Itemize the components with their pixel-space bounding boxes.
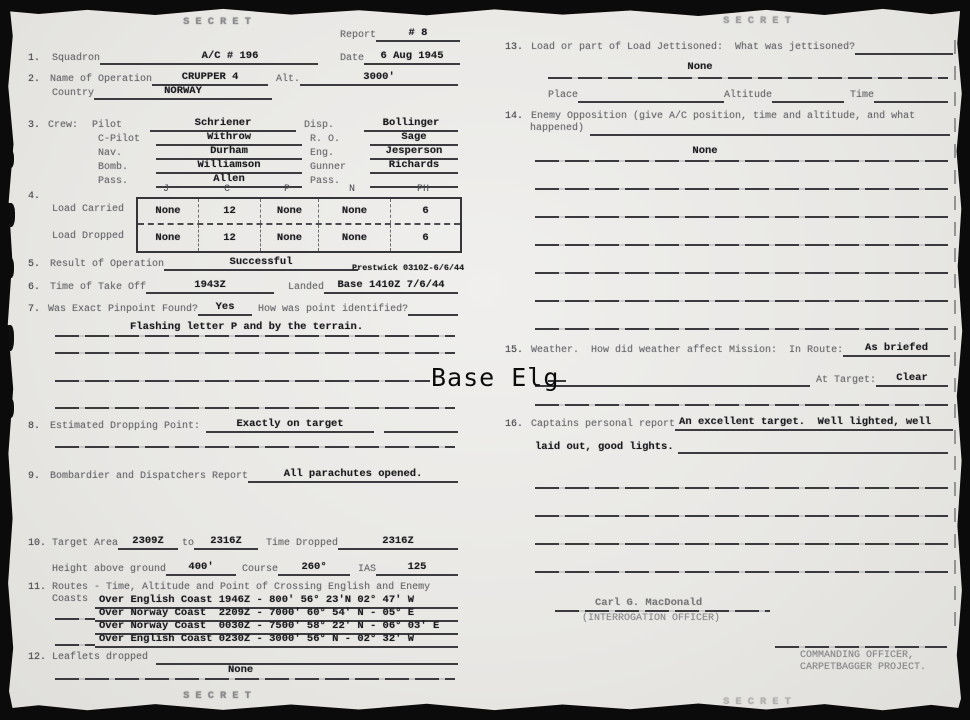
classification-bottom-left: SECRET [150, 690, 290, 703]
result-field: 5. Result of Operation Successful [28, 256, 358, 271]
classification-text: SECRET [723, 15, 797, 28]
height-label: Height above ground [52, 564, 166, 577]
item-number: 8. [28, 421, 40, 434]
approval-rule [775, 646, 947, 648]
crew-name: Durham [156, 145, 302, 160]
load-carried-row: None 12 None None 6 [138, 199, 460, 225]
pinpoint-field: 7. Was Exact Pinpoint Found? Yes How was… [28, 301, 458, 316]
form-rule [535, 160, 948, 162]
altitude-label: Altitude [724, 90, 772, 103]
form-rule [55, 380, 430, 382]
enemy-opposition-field: 14. Enemy Opposition (give A/C position,… [505, 111, 953, 124]
target-from: 2309Z [118, 535, 178, 550]
form-rule [55, 644, 95, 646]
scanned-mission-report: SECRET Report # 8 1. Squadron A/C # 196 … [0, 0, 970, 720]
captains-report-label: Captains personal report [531, 419, 675, 432]
load-cell: 6 [390, 225, 460, 251]
at-target-label: At Target: [816, 375, 876, 388]
load-cell: None [260, 225, 318, 251]
crew-name: Bollinger [364, 117, 458, 132]
crew-name: Schriener [150, 117, 296, 132]
torn-edge-right [955, 0, 970, 720]
classification-text: SECRET [183, 16, 257, 29]
commanding-officer-line2: CARPETBAGGER PROJECT. [800, 662, 926, 675]
pinpoint-question: Was Exact Pinpoint Found? [48, 304, 198, 317]
form-rule [535, 571, 948, 573]
form-rule [535, 543, 948, 545]
load-cell: 12 [198, 225, 260, 251]
weather-label: Weather. How did weather affect Mission:… [531, 345, 843, 358]
base-elg-watermark: Base Elg [431, 363, 559, 392]
place-label: Place [548, 90, 578, 103]
route-line: Over English Coast 0230Z - 3000' 56° N -… [95, 633, 458, 648]
result-value: Successful [164, 256, 358, 271]
routes-label: Routes - Time, Altitude and Point of Cro… [52, 582, 430, 595]
classification-text: SECRET [183, 690, 257, 703]
time-dropped-label: Time Dropped [266, 538, 338, 551]
item-number: 13. [505, 42, 523, 55]
col-header: PH [388, 184, 458, 195]
col-header: P [258, 184, 316, 195]
weather-field: 15. Weather. How did weather affect Miss… [505, 342, 950, 357]
item-number: 1. [28, 53, 40, 66]
crew-name: Richards [370, 159, 458, 174]
load-cell: None [260, 199, 318, 223]
form-rule [535, 244, 948, 246]
crew-name: Williamson [156, 159, 302, 174]
leaflets-label: Leaflets dropped [52, 652, 148, 665]
item-number: 7. [28, 304, 40, 317]
operation-field: 2. Name of Operation CRUPPER 4 Alt. 3000… [28, 71, 458, 86]
target-to: 2316Z [194, 535, 258, 550]
country-value: NORWAY [94, 85, 272, 100]
result-label: Result of Operation [50, 259, 164, 272]
enemy-opposition-label2: happened) [530, 123, 950, 136]
captains-report-field: 16. Captains personal report An excellen… [505, 416, 953, 431]
torn-edge-top [0, 0, 970, 17]
item-number: 4. [28, 191, 40, 204]
item-number: 5. [28, 259, 40, 272]
load-cell: None [138, 199, 198, 223]
weather-at-target-field: At Target: Clear [535, 372, 948, 387]
col-header: J [136, 184, 196, 195]
item-number: 11. [28, 582, 46, 595]
dropping-point-label: Estimated Dropping Point: [50, 421, 200, 434]
form-rule [535, 404, 948, 406]
squadron-value: A/C # 196 [142, 50, 318, 65]
load-cell: None [318, 225, 390, 251]
load-dropped-row: None 12 None None 6 [138, 225, 460, 251]
load-table: None 12 None None 6 None 12 None None 6 [136, 197, 462, 253]
squadron-label: Squadron [52, 53, 100, 66]
item-number: 16. [505, 419, 523, 432]
course-label: Course [242, 564, 278, 577]
interrogation-officer-title: (INTERROGATION OFFICER) [582, 613, 720, 626]
item-number: 9. [28, 471, 40, 484]
country-field: Country NORWAY [52, 85, 272, 100]
takeoff-field: 6. Time of Take Off 1943Z Landed Base 14… [28, 279, 458, 294]
crew-name: Jesperson [370, 145, 458, 160]
form-rule [55, 446, 455, 448]
captains-report-value: An excellent target. Well lighted, well [675, 416, 953, 431]
time-label: Time [850, 90, 874, 103]
classification-top-left: SECRET [150, 16, 290, 29]
form-rule [55, 352, 455, 354]
signature-rule [555, 610, 770, 612]
takeoff-value: 1943Z [146, 279, 274, 294]
load-dropped-label: Load Dropped [52, 231, 124, 244]
item-number: 14. [505, 111, 523, 124]
time-dropped-value: 2316Z [338, 535, 458, 550]
form-rule [535, 487, 948, 489]
form-rule [535, 216, 948, 218]
col-header: C [196, 184, 258, 195]
altitude-value: 3000' [300, 71, 458, 86]
prestwick-note: Prestwick 0310Z-6/6/44 [352, 263, 464, 274]
form-rule [55, 407, 455, 409]
ias-label: IAS [358, 564, 376, 577]
country-label: Country [52, 88, 94, 101]
paper-sheet: SECRET Report # 8 1. Squadron A/C # 196 … [0, 0, 970, 720]
at-target-value: Clear [876, 372, 948, 387]
squadron-field: 1. Squadron A/C # 196 [28, 50, 318, 65]
leaflets-value: None [228, 664, 253, 677]
classification-top-right: SECRET [690, 15, 830, 28]
ias-value: 125 [376, 561, 458, 576]
altitude-label: Alt. [276, 74, 300, 87]
enemy-opposition-label: Enemy Opposition (give A/C position, tim… [531, 111, 915, 124]
pinpoint-answer: Yes [198, 301, 252, 316]
target-area-field: 10. Target Area 2309Z to 2316Z Time Drop… [28, 535, 458, 550]
item-number: 12. [28, 652, 46, 665]
load-cell: None [318, 199, 390, 223]
leaflets-field: 12. Leaflets dropped [28, 652, 458, 665]
form-rule [535, 328, 948, 330]
page-edge-line [954, 40, 956, 630]
load-cell: None [138, 225, 198, 251]
routes-field: 11. Routes - Time, Altitude and Point of… [28, 582, 468, 595]
load-table-headers: J C P N PH [136, 184, 458, 195]
load-cell: 12 [198, 199, 260, 223]
height-course-field: Height above ground 400' Course 260° IAS… [52, 561, 458, 576]
parachutes-field: 9. Bombardier and Dispatchers Report All… [28, 468, 458, 483]
parachutes-label: Bombardier and Dispatchers Report [50, 471, 248, 484]
operation-value: CRUPPER 4 [152, 71, 268, 86]
item-number: 2. [28, 74, 40, 87]
form-rule [535, 515, 948, 517]
form-rule [535, 188, 948, 190]
date-label: Date [340, 53, 364, 66]
commanding-officer-line1: COMMANDING OFFICER, [800, 650, 914, 663]
crew-name: Withrow [156, 131, 302, 146]
enemy-opposition-value: None [655, 145, 755, 158]
torn-edge-left [0, 0, 15, 720]
dropping-point-field: 8. Estimated Dropping Point: Exactly on … [28, 418, 458, 433]
jettisoned-value: None [640, 61, 760, 74]
weather-in-route-value: As briefed [843, 342, 950, 357]
coasts-label: Coasts [52, 594, 88, 607]
target-area-label: Target Area [52, 538, 118, 551]
report-label: Report [340, 30, 376, 43]
col-header: N [316, 184, 388, 195]
identified-question: How was point identified? [258, 304, 408, 317]
form-rule [535, 272, 948, 274]
jettisoned-label: Load or part of Load Jettisoned: What wa… [531, 42, 855, 55]
height-value: 400' [166, 561, 236, 576]
form-rule [55, 335, 455, 337]
torn-edge-bottom [0, 702, 970, 720]
interrogation-officer-signature: Carl G. MacDonald [595, 597, 702, 610]
parachutes-value: All parachutes opened. [248, 468, 458, 483]
item-number: 6. [28, 282, 40, 295]
report-number-field: Report # 8 [340, 27, 460, 42]
date-field: Date 6 Aug 1945 [340, 50, 460, 65]
landed-value: Base 1410Z 7/6/44 [324, 279, 458, 294]
item-number: 10. [28, 538, 46, 551]
landed-label: Landed [288, 282, 324, 295]
form-rule [548, 77, 948, 79]
date-value: 6 Aug 1945 [364, 50, 460, 65]
captains-report-line2: laid out, good lights. [535, 441, 948, 454]
form-rule [55, 678, 455, 680]
place-altitude-time-field: Place Altitude Time [548, 90, 948, 103]
to-label: to [182, 538, 194, 551]
item-number: 15. [505, 345, 523, 358]
takeoff-label: Time of Take Off [50, 282, 146, 295]
crew-name: Sage [370, 131, 458, 146]
jettisoned-field: 13. Load or part of Load Jettisoned: Wha… [505, 42, 953, 55]
form-rule [55, 618, 95, 620]
dropping-point-value: Exactly on target [206, 418, 374, 433]
pinpoint-description: Flashing letter P and by the terrain. [130, 321, 363, 334]
form-rule [535, 300, 948, 302]
report-value: # 8 [376, 27, 460, 42]
load-carried-label: Load Carried [52, 204, 124, 217]
course-value: 260° [278, 561, 350, 576]
load-cell: 6 [390, 199, 460, 223]
